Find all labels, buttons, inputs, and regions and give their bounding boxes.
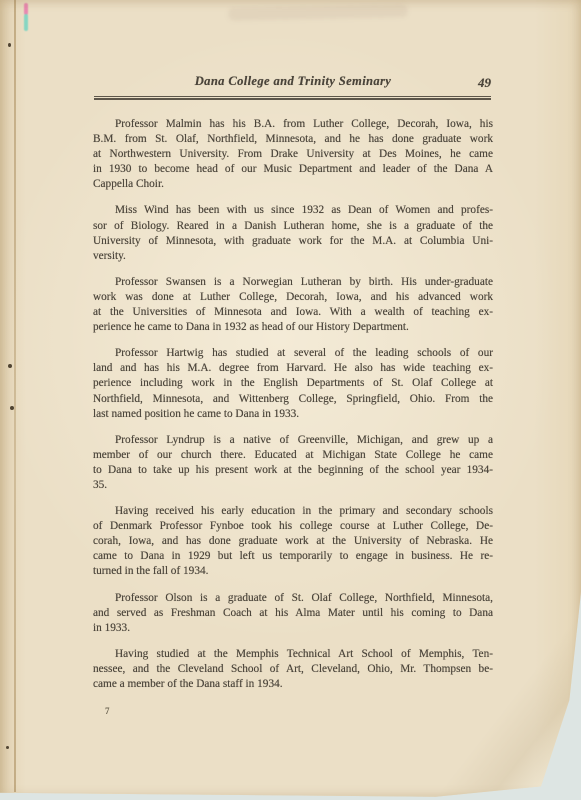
text-line: University of Minnesota, with graduate w… <box>93 234 493 249</box>
paragraph: Professor Swansen is a Norwegian Luthera… <box>93 275 493 335</box>
text-line: in 1933. <box>93 621 493 636</box>
binding-edge-line <box>14 0 16 792</box>
text-line: 35. <box>93 478 493 493</box>
paragraph: Having studied at the Memphis Technical … <box>93 647 493 692</box>
text-line: corah, Iowa, and has done graduate work … <box>93 534 493 549</box>
paragraph: Professor Lyndrup is a native of Greenvi… <box>93 433 493 493</box>
text-line: member of our church there. Educated at … <box>93 448 493 463</box>
show-through-smudge <box>228 4 408 21</box>
scanned-book-page: { "header": { "title": "Dana College and… <box>0 0 581 800</box>
text-line: B.M. from St. Olaf, Northfield, Minnesot… <box>93 132 493 147</box>
text-line: turned in the fall of 1934. <box>93 564 493 579</box>
paragraph: Professor Hartwig has studied at several… <box>93 346 493 421</box>
ink-speck <box>10 406 14 410</box>
paper-page: Dana College and Trinity Seminary 49 Pro… <box>0 0 581 800</box>
text-line: Northfield, Minnesota, and Wittenberg Co… <box>93 392 493 407</box>
text-line: last named position he came to Dana in 1… <box>93 407 493 422</box>
text-line: Having received his early education in t… <box>93 504 493 519</box>
text-line: came a member of the Dana staff in 1934. <box>93 677 493 692</box>
text-line: Professor Olson is a graduate of St. Ola… <box>93 591 493 606</box>
text-line: Cappella Choir. <box>93 177 493 192</box>
ink-speck <box>8 364 12 368</box>
text-line: and served as Freshman Coach at his Alma… <box>93 606 493 621</box>
text-line: sor of Biology. Reared in a Danish Luthe… <box>93 219 493 234</box>
text-line: Professor Lyndrup is a native of Greenvi… <box>93 433 493 448</box>
header-double-rule <box>94 96 491 100</box>
running-header: Dana College and Trinity Seminary 49 <box>93 74 493 92</box>
text-line: in 1930 to become head of our Music Depa… <box>93 162 493 177</box>
footer-signature-mark: 7 <box>105 706 110 716</box>
text-line: at Northwestern University. From Drake U… <box>93 147 493 162</box>
text-line: Miss Wind has been with us since 1932 as… <box>93 203 493 218</box>
ink-speck <box>8 43 11 47</box>
text-line: nessee, and the Cleveland School of Art,… <box>93 662 493 677</box>
text-line: at the Universities of Minnesota and Iow… <box>93 305 493 320</box>
text-line: perience including work in the English D… <box>93 376 493 391</box>
teal-crayon-mark <box>24 14 28 31</box>
text-line: Professor Malmin has his B.A. from Luthe… <box>93 117 493 132</box>
text-line: land and has his M.A. degree from Harvar… <box>93 361 493 376</box>
paragraph: Professor Malmin has his B.A. from Luthe… <box>93 117 493 192</box>
text-line: perience he came to Dana in 1932 as head… <box>93 320 493 335</box>
paragraph: Professor Olson is a graduate of St. Ola… <box>93 591 493 636</box>
text-line: Having studied at the Memphis Technical … <box>93 647 493 662</box>
paragraph: Miss Wind has been with us since 1932 as… <box>93 203 493 263</box>
text-line: of Denmark Professor Fynboe took his col… <box>93 519 493 534</box>
text-line: versity. <box>93 249 493 264</box>
text-line: Professor Hartwig has studied at several… <box>93 346 493 361</box>
text-line: to Dana to take up his present work at t… <box>93 463 493 478</box>
page-number: 49 <box>478 75 491 91</box>
text-line: came to Dana in 1929 but left us tempora… <box>93 549 493 564</box>
ink-speck <box>6 746 9 749</box>
text-line: work was done at Luther College, Decorah… <box>93 290 493 305</box>
text-block: Professor Malmin has his B.A. from Luthe… <box>93 117 493 703</box>
paragraph: Having received his early education in t… <box>93 504 493 579</box>
page-title: Dana College and Trinity Seminary <box>93 74 493 89</box>
text-line: Professor Swansen is a Norwegian Luthera… <box>93 275 493 290</box>
